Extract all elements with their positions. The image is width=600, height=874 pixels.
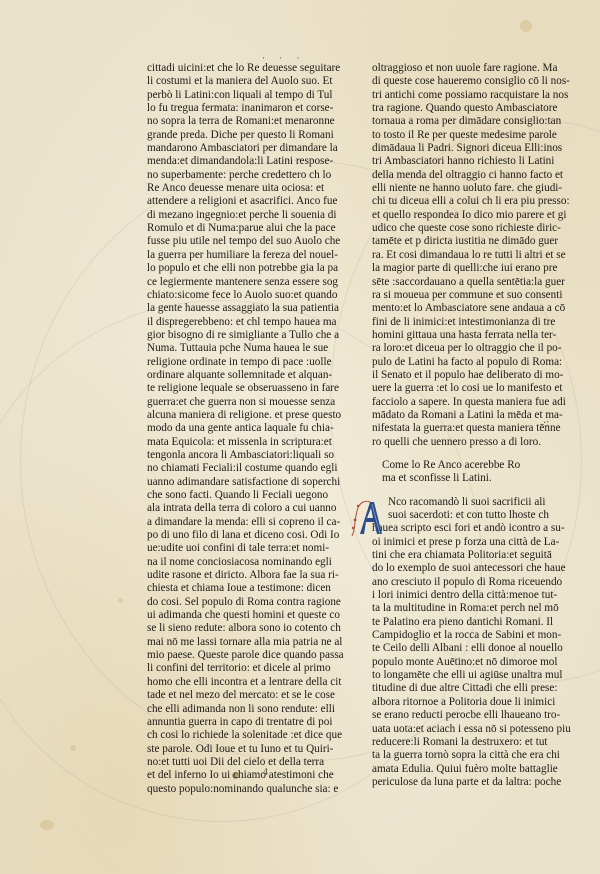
foxing-spot — [40, 820, 54, 830]
text-line: guerra:et che guerra non si mouesse senz… — [147, 396, 352, 409]
text-line: tengonla ancora li Ambasciatori:liquali … — [147, 449, 352, 462]
text-line: ordinare alquante sollemnitade et alquan… — [147, 369, 352, 382]
text-line: il dispregerebbeno: et chl tempo hauea m… — [147, 316, 352, 329]
text-line: della menda del oltraggio ci hanno facto… — [372, 169, 557, 182]
text-line: modo da una gente antica laquale fu chia… — [147, 422, 352, 435]
text-line: attendere a religioni et asacrifici. Anc… — [147, 195, 352, 208]
chapter-heading: Come lo Re Anco acerebbe Ro ma et sconfi… — [372, 459, 557, 486]
text-line: te religione lequale se obseruasseno in … — [147, 382, 352, 395]
margin-mark: ·: — [543, 418, 549, 429]
text-line: periculose da luna parte et da laltra: p… — [372, 776, 557, 789]
text-line: Campidoglio et la rocca de Sabini et mon… — [372, 629, 557, 642]
text-line: fini de li inimici:et intestimonianza di… — [372, 316, 557, 329]
text-line: amata Edulia. Quiui fuèro molte battagli… — [372, 763, 557, 776]
chapter-heading-line: ma et sconfisse li Latini. — [372, 472, 557, 485]
text-line: ra. Et cosi dimandaua lo re tutti li alt… — [372, 249, 557, 262]
spacer — [372, 449, 557, 459]
text-line: mio paese. Queste parole dice quando pas… — [147, 649, 352, 662]
text-line: ste parole. Odi Ioue et tu Iuno et tu Qu… — [147, 743, 352, 756]
text-line: mata Equicola: et missenla in scriptura:… — [147, 436, 352, 449]
text-line: fusse piu utile nel tempo del suo Auolo … — [147, 235, 352, 248]
text-line: po di uno filo di lana et diceno cosi. O… — [147, 529, 352, 542]
text-line: chi tu diceua elli a colui ch li era piu… — [372, 195, 557, 208]
text-line: mandarono Ambasciatori per dimandare la — [147, 142, 352, 155]
text-line: tade et nel mezo del mercato: et se le c… — [147, 689, 352, 702]
text-line: dimādaua li Padri. Signori diceua Elli:i… — [372, 142, 557, 155]
text-line: te Ceilo delli Albani : elli donoe al no… — [372, 642, 557, 655]
text-line: Romulo et di Numa:parue alui che la pace — [147, 222, 352, 235]
text-line: facciolo a sapere. In questa maniera fue… — [372, 396, 557, 409]
text-line: mento:et lo Ambasciatore sene andaua a c… — [372, 302, 557, 315]
text-line: nifestata la guerra:et questa maniera tē… — [372, 422, 557, 435]
text-line: se erano reducti perocbe elli lhaueano t… — [372, 709, 557, 722]
text-line: ta la guerra tornò sopra la città che er… — [372, 749, 557, 762]
text-line: uanno adimandare satisfactione di soperc… — [147, 476, 352, 489]
text-line: et quello respondea Io dico mio parere e… — [372, 209, 557, 222]
text-line: ta la multitudine in Roma:et perch nel m… — [372, 602, 557, 615]
text-line: ro quelli che uennero presso a di loro. — [372, 436, 557, 449]
spacer — [372, 486, 557, 496]
text-line: questo populo:nominando qualunche sia: e — [147, 783, 352, 796]
signature-mark: 4 — [263, 767, 268, 778]
text-line: to longamēte che elli ui agiūse unaltra … — [372, 669, 557, 682]
text-line: tra ragione. Quando questo Ambasciatore — [372, 102, 557, 115]
text-line: tri antichi come possiamo racquistare la… — [372, 89, 557, 102]
text-line: che elli adimanda non li sono rendute: e… — [147, 703, 352, 716]
text-line: lo populo et che elli non potrebbe gia l… — [147, 262, 352, 275]
text-line: ra si moueua per commune et suo consenti — [372, 289, 557, 302]
left-text-column: cittadi uicini:et che lo Re deuesse segu… — [147, 62, 352, 796]
text-line: ui adimanda che questi homini et queste … — [147, 609, 352, 622]
text-line: Numa. Tuttauia pche Numa hauea le sue — [147, 342, 352, 355]
text-line: ra loro:et diceua per lo oltraggio che i… — [372, 342, 557, 355]
text-line: se li sieno redute: albora sono io coten… — [147, 622, 352, 635]
text-line: tornaua a roma per dimādare consiglio:ta… — [372, 115, 557, 128]
text-line: et del inferno Io ui chiamo atestimoni c… — [147, 769, 352, 782]
text-line: ano cresciuto il populo di Roma riceuend… — [372, 576, 557, 589]
text-line: do lo exemplo de suoi antecessori che ha… — [372, 562, 557, 575]
text-line: no chiamati Feciali:il costume quando eg… — [147, 462, 352, 475]
text-line: pulo de Latini ha facto al populo di Rom… — [372, 356, 557, 369]
text-line: reducere:li Romani la destruxero: et tut — [372, 736, 557, 749]
text-line: la guerra per humiliare la fereza del no… — [147, 249, 352, 262]
text-line: ue:udite uoi confini di tale terra:et no… — [147, 542, 352, 555]
text-line: udico che queste cose sono richieste dir… — [372, 222, 557, 235]
text-line: elli niente ne hanno uoluto fare. che gi… — [372, 182, 557, 195]
text-line: suoi sacerdoti: et con tutto lhoste ch — [372, 509, 557, 522]
text-line: i lori inimici dentro della città:menoe … — [372, 589, 557, 602]
text-line: tri Ambasciatori hanno richiesto li Lati… — [372, 155, 557, 168]
text-line: no sopra la terra de Romani:et menaronne — [147, 115, 352, 128]
right-column-paragraph: Nco racomandò li suoi sacrificii alisuoi… — [372, 496, 557, 790]
text-line: to tosto il Re per queste medesime parol… — [372, 129, 557, 142]
foxing-spot — [70, 745, 76, 751]
text-line: menda:et dimandandola:li Latini respose- — [147, 155, 352, 168]
text-line: perbò li Latini:con liquali al tempo di … — [147, 89, 352, 102]
foxing-spot — [520, 20, 532, 32]
text-line: mādato da Romani a Latini la mēda et ma- — [372, 409, 557, 422]
text-line: tini che era chiamata Politoria:et segui… — [372, 549, 557, 562]
chapter-heading-line: Come lo Re Anco acerebbe Ro — [372, 459, 557, 472]
text-line: Re Anco deuesse menare uita ociosa: et — [147, 182, 352, 195]
text-line: uere la guerra :et lo cosi ue lo manifes… — [372, 382, 557, 395]
text-line: tamēte et p diricta iustitia ne dimādo g… — [372, 235, 557, 248]
text-line: che sono facti. Quando li Feciali uegono — [147, 489, 352, 502]
text-line: oltraggioso et non uuole fare ragione. M… — [372, 62, 557, 75]
text-line: te Palatino era pieno dantichi Romani. I… — [372, 616, 557, 629]
text-line: la gente hauesse assaggiato la sua patie… — [147, 302, 352, 315]
text-line: alcuna maniera di religione. et prese qu… — [147, 409, 352, 422]
text-line: gior bisogno di re simigliante a Tullo c… — [147, 329, 352, 342]
text-line: chiesta et chiama Ioue a testimone: dice… — [147, 582, 352, 595]
text-line: lo fu tregua fermata: inanimaron et cors… — [147, 102, 352, 115]
right-column-paragraph: oltraggioso et non uuole fare ragione. M… — [372, 62, 557, 449]
text-line: a dimandare la menda: elli si copreno il… — [147, 516, 352, 529]
right-text-column: oltraggioso et non uuole fare ragione. M… — [372, 62, 557, 789]
text-line: uata uota:et aciach i essa nō si potesse… — [372, 723, 557, 736]
text-line: di mezano ingegnio:et perche li souenia … — [147, 209, 352, 222]
illuminated-initial-a-icon: A — [350, 498, 386, 538]
text-line: sēte :saccordauano a quella sentētia:la … — [372, 276, 557, 289]
text-line: do cosi. Sel populo di Roma contra ragio… — [147, 596, 352, 609]
foxing-spot — [118, 598, 123, 603]
text-line: li confini del territorio: et dicele al … — [147, 662, 352, 675]
text-line: albora ritornoe a Politoria doue li inim… — [372, 696, 557, 709]
text-line: religione ordinate in tempo di pace :uol… — [147, 356, 352, 369]
text-line: homo che elli incontra et a lentrare del… — [147, 676, 352, 689]
text-line: udite rasone et diricto. Albora fae la s… — [147, 569, 352, 582]
text-line: ala intrata della terra di coloro a cui … — [147, 502, 352, 515]
text-line: li costumi et la maniera del Auolo suo. … — [147, 75, 352, 88]
text-line: hauea scripto esci fori et andò icontro … — [372, 522, 557, 535]
text-line: no:et tutti uoi Dii del cielo et della t… — [147, 756, 352, 769]
text-line: populo monte Auētino:et nō dimoroe mol — [372, 656, 557, 669]
text-line: Nco racomandò li suoi sacrificii ali — [372, 496, 557, 509]
chapter-opening: A Nco racomandò li suoi sacrificii alisu… — [372, 496, 557, 790]
text-line: no superbamente: perche credettero ch lo — [147, 169, 352, 182]
text-line: cittadi uicini:et che lo Re deuesse segu… — [147, 62, 352, 75]
text-line: di queste cose haueremo consiglio cō li … — [372, 75, 557, 88]
text-line: titudine di due altre Cittadi che elli p… — [372, 682, 557, 695]
text-line: ce legiermente mantenere senza essere so… — [147, 276, 352, 289]
text-line: la magior parte di quelli:che iui erano … — [372, 262, 557, 275]
text-line: mai nō me lassi tornare alla mia patria … — [147, 636, 352, 649]
text-line: ch cosi lo richiede la solenitade :et di… — [147, 729, 352, 742]
text-line: il Senato et il populo hae deliberato di… — [372, 369, 557, 382]
text-line: homini gittaua una hasta ferrata nella t… — [372, 329, 557, 342]
text-line: oi inimici et prese p forza una città de… — [372, 536, 557, 549]
svg-text:A: A — [369, 522, 374, 528]
text-line: na il nome conciosiacosa nominando egli — [147, 556, 352, 569]
text-line: grande preda. Diche per questo li Romani — [147, 129, 352, 142]
text-line: chiato:sicome fece lo Auolo suo:et quand… — [147, 289, 352, 302]
text-line: annuntia guerra in capo di trentatre di … — [147, 716, 352, 729]
book-page: · · · cittadi uicini:et che lo Re deuess… — [0, 0, 600, 874]
